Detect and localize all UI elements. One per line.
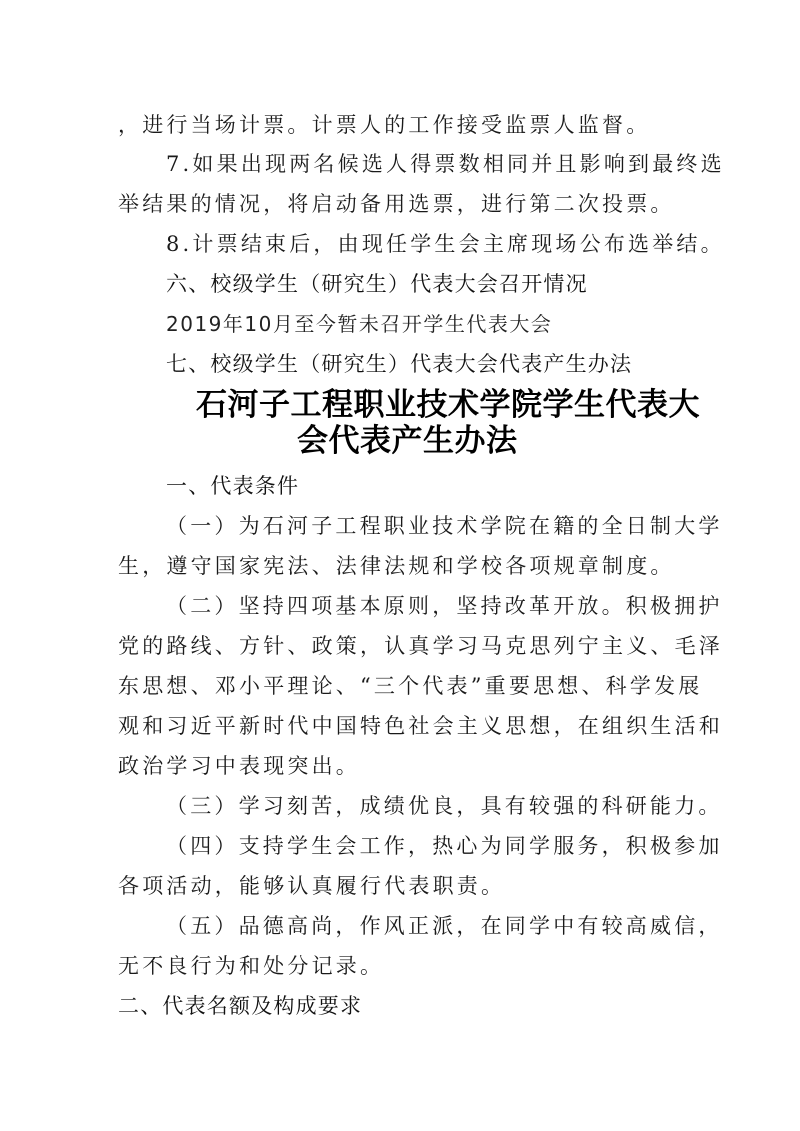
part-2-heading: 二、代表名额及构成要求 (118, 993, 362, 1019)
paragraph-line: （五）品德高尚，作风正派，在同学中有较高威信， (166, 913, 723, 939)
document-page: ，进行当场计票。计票人的工作接受监票人监督。 7.如果出现两名候选人得票数相同并… (0, 0, 800, 1131)
part-1-heading: 一、代表条件 (166, 473, 299, 499)
paragraph-line: 观和习近平新时代中国特色社会主义思想，在组织生活和 (118, 713, 723, 739)
paragraph-line: （三）学习刻苦，成绩优良，具有较强的科研能力。 (166, 793, 723, 819)
paragraph-line: （一）为石河子工程职业技术学院在籍的全日制大学 (166, 513, 723, 539)
document-title-line-1: 石河子工程职业技术学院学生代表大 (196, 387, 700, 423)
paragraph-line: 7.如果出现两名候选人得票数相同并且影响到最终选 (166, 151, 725, 177)
document-title-line-2: 会代表产生办法 (297, 423, 518, 459)
section-6-body: 2019年10月至今暂未召开学生代表大会 (166, 311, 552, 337)
paragraph-line: 无不良行为和处分记录。 (118, 953, 384, 979)
section-heading-7: 七、校级学生（研究生）代表大会代表产生办法 (166, 351, 632, 377)
paragraph-line: 各项活动，能够认真履行代表职责。 (118, 873, 505, 899)
paragraph-line: 政治学习中表现突出。 (118, 753, 360, 779)
paragraph-line: （二）坚持四项基本原则，坚持改革开放。积极拥护 (166, 593, 723, 619)
paragraph-line: 举结果的情况，将启动备用选票，进行第二次投票。 (118, 191, 675, 217)
paragraph-line: 党的路线、方针、政策，认真学习马克思列宁主义、毛泽 (118, 633, 723, 659)
section-heading-6: 六、校级学生（研究生）代表大会召开情况 (166, 271, 588, 297)
paragraph-line: 8.计票结束后，由现任学生会主席现场公布选举结。 (166, 231, 725, 257)
paragraph-line: ，进行当场计票。计票人的工作接受监票人监督。 (118, 112, 650, 138)
paragraph-line: 东思想、邓小平理论、“三个代表”重要思想、科学发展 (118, 673, 702, 699)
paragraph-line: （四）支持学生会工作，热心为同学服务，积极参加 (166, 833, 723, 859)
paragraph-line: 生，遵守国家宪法、法律法规和学校各项规章制度。 (118, 553, 675, 579)
